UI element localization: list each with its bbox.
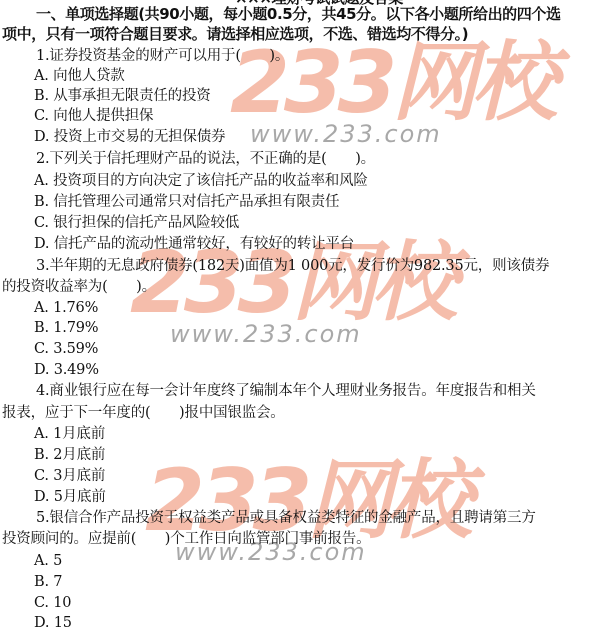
question-4-option-a: A. 1月底前 bbox=[0, 424, 600, 444]
question-4-option-b: B. 2月底前 bbox=[0, 445, 600, 465]
question-1-option-b: B. 从事承担无限责任的投资 bbox=[0, 86, 600, 106]
question-1-option-d: D. 投资上市交易的无担保债券 bbox=[0, 127, 600, 147]
question-5-stem-line2: 投资顾问的。应提前( )个工作日向监管部门事前报告。 bbox=[0, 529, 600, 549]
question-5-option-d: D. 15 bbox=[0, 613, 600, 628]
question-3-option-b: B. 1.79% bbox=[0, 318, 600, 338]
question-2-option-a: A. 投资项目的方向决定了该信托产品的收益率和风险 bbox=[0, 171, 600, 191]
question-5-option-a: A. 5 bbox=[0, 551, 600, 571]
section-heading-line1: 一、单项选择题(共90小题，每小题0.5分，共45分。以下各小题所给出的四个选 bbox=[0, 4, 600, 24]
question-3-stem-line1: 3.半年期的无息政府债券(182天)面值为1 000元，发行价为982.35元，… bbox=[0, 256, 600, 276]
question-4-option-c: C. 3月底前 bbox=[0, 466, 600, 486]
question-1-option-a: A. 向他人贷款 bbox=[0, 66, 600, 86]
question-5-stem-line1: 5.银信合作产品投资于权益类产品或具备权益类特征的金融产品，且聘请第三方 bbox=[0, 508, 600, 528]
document-text: ×××理财考试试题及答案 一、单项选择题(共90小题，每小题0.5分，共45分。… bbox=[0, 0, 600, 628]
question-3-stem-line2: 的投资收益率为( )。 bbox=[0, 277, 600, 297]
question-4-stem-line2: 报表，应于下一年度的( )报中国银监会。 bbox=[0, 403, 600, 423]
question-5-option-b: B. 7 bbox=[0, 572, 600, 592]
question-1-stem: 1.证券投资基金的财产可以用于( )。 bbox=[0, 46, 600, 66]
question-3-option-c: C. 3.59% bbox=[0, 339, 600, 359]
question-2-option-c: C. 银行担保的信托产品风险较低 bbox=[0, 213, 600, 233]
question-5-option-c: C. 10 bbox=[0, 593, 600, 613]
question-2-stem: 2.下列关于信托理财产品的说法，不正确的是( )。 bbox=[0, 149, 600, 169]
question-2-option-b: B. 信托管理公司通常只对信托产品承担有限责任 bbox=[0, 192, 600, 212]
section-heading-line2: 项中，只有一项符合题目要求。请选择相应选项，不选、错选均不得分。) bbox=[0, 24, 600, 44]
question-3-option-d: D. 3.49% bbox=[0, 360, 600, 380]
exam-page: 233网校 www.233.com 233网校 www.233.com 233网… bbox=[0, 0, 600, 628]
question-2-option-d: D. 信托产品的流动性通常较好，有较好的转让平台 bbox=[0, 234, 600, 254]
question-1-option-c: C. 向他人提供担保 bbox=[0, 106, 600, 126]
question-4-stem-line1: 4.商业银行应在每一会计年度终了编制本年个人理财业务报告。年度报告和相关 bbox=[0, 381, 600, 401]
question-4-option-d: D. 5月底前 bbox=[0, 487, 600, 507]
question-3-option-a: A. 1.76% bbox=[0, 298, 600, 318]
